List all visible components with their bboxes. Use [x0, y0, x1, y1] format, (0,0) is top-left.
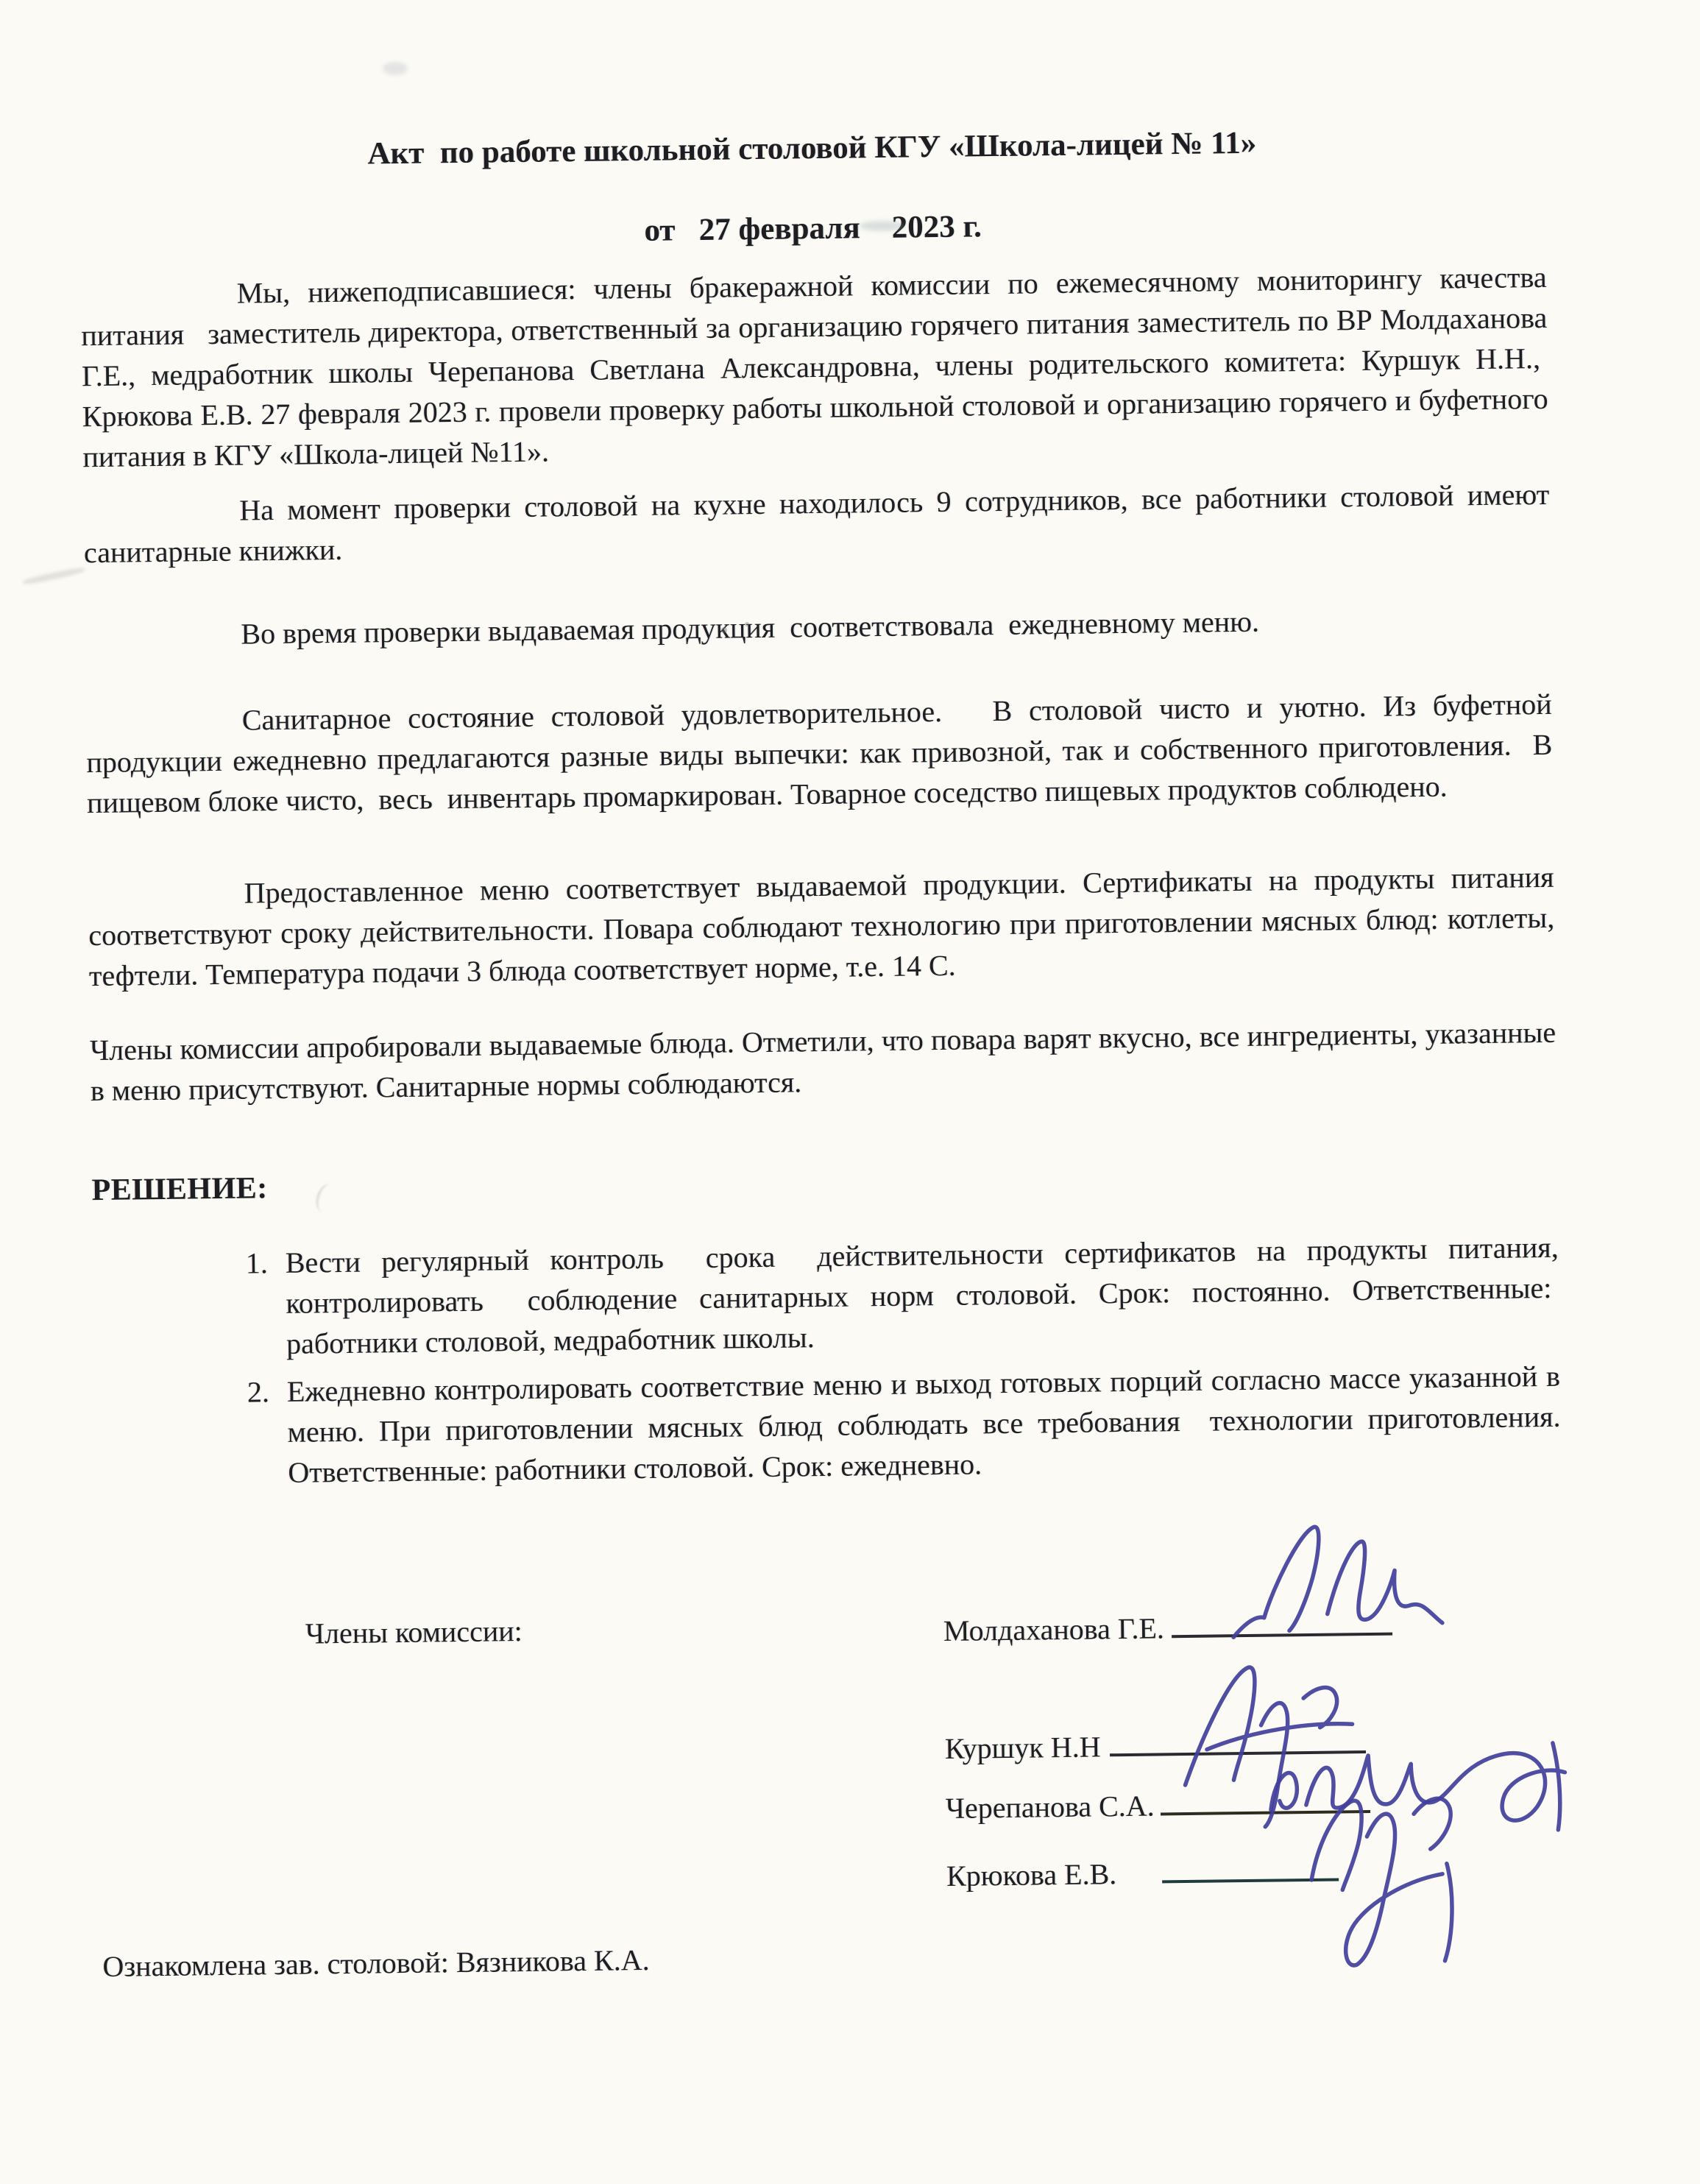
paragraph-menu-compliance: Во время проверки выдаваемая продукция с… [85, 597, 1551, 655]
document-content: Акт по работе школьной столовой КГУ «Шко… [77, 0, 1568, 1984]
signature-label-kurshuk: Куршук Н.Н [945, 1729, 1101, 1766]
pencil-mark [22, 566, 85, 586]
signature-row-moldakhanova: Молдаханова Г.Е. [943, 1600, 1564, 1649]
document-date-line: от 27 февраля 2023 г. [79, 201, 1545, 255]
paragraph-staff-check: На момент проверки столовой на кухне нах… [83, 473, 1550, 572]
signature-row-kryukova: Крюкова Е.В. [946, 1845, 1567, 1894]
paragraph-certificates: Предоставленное меню соответствует выдав… [88, 856, 1555, 995]
signature-caption: Члены комиссии: [305, 1614, 523, 1651]
signature-label-cherepanova: Черепанова С.А. [946, 1788, 1155, 1825]
decision-item-2: Ежедневно контролировать соответствие ме… [287, 1355, 1562, 1492]
paragraph-tasting-results: Члены комиссии апробировали выдаваемые б… [90, 1011, 1556, 1110]
paragraph-commission-members: Мы, нижеподписавшиеся: члены бракеражной… [80, 256, 1548, 476]
decision-list: Вести регулярный контроль срока действит… [92, 1226, 1561, 1494]
document-title: Акт по работе школьной столовой КГУ «Шко… [79, 121, 1545, 177]
decision-item-1-text: Вести регулярный контроль срока действит… [286, 1230, 1559, 1360]
paragraph-sanitary-state: Санитарное состояние столовой удовлетвор… [85, 683, 1553, 822]
decision-heading: РЕШЕНИЕ: [91, 1154, 1557, 1207]
signature-label-moldakhanova: Молдаханова Г.Е. [943, 1611, 1164, 1648]
signature-ink-moldakhanova [1228, 1515, 1450, 1647]
signature-ink-kryukova [1291, 1767, 1500, 1990]
decision-item-2-text: Ежедневно контролировать соответствие ме… [287, 1359, 1561, 1488]
signature-block: Члены комиссии: Молдаханова Г.Е. Куршук … [97, 1600, 1567, 1904]
scanned-document-page: Акт по работе школьной столовой КГУ «Шко… [0, 0, 1700, 2184]
signature-label-kryukova: Крюкова Е.В. [946, 1856, 1117, 1893]
decision-item-1: Вести регулярный контроль срока действит… [285, 1226, 1559, 1363]
